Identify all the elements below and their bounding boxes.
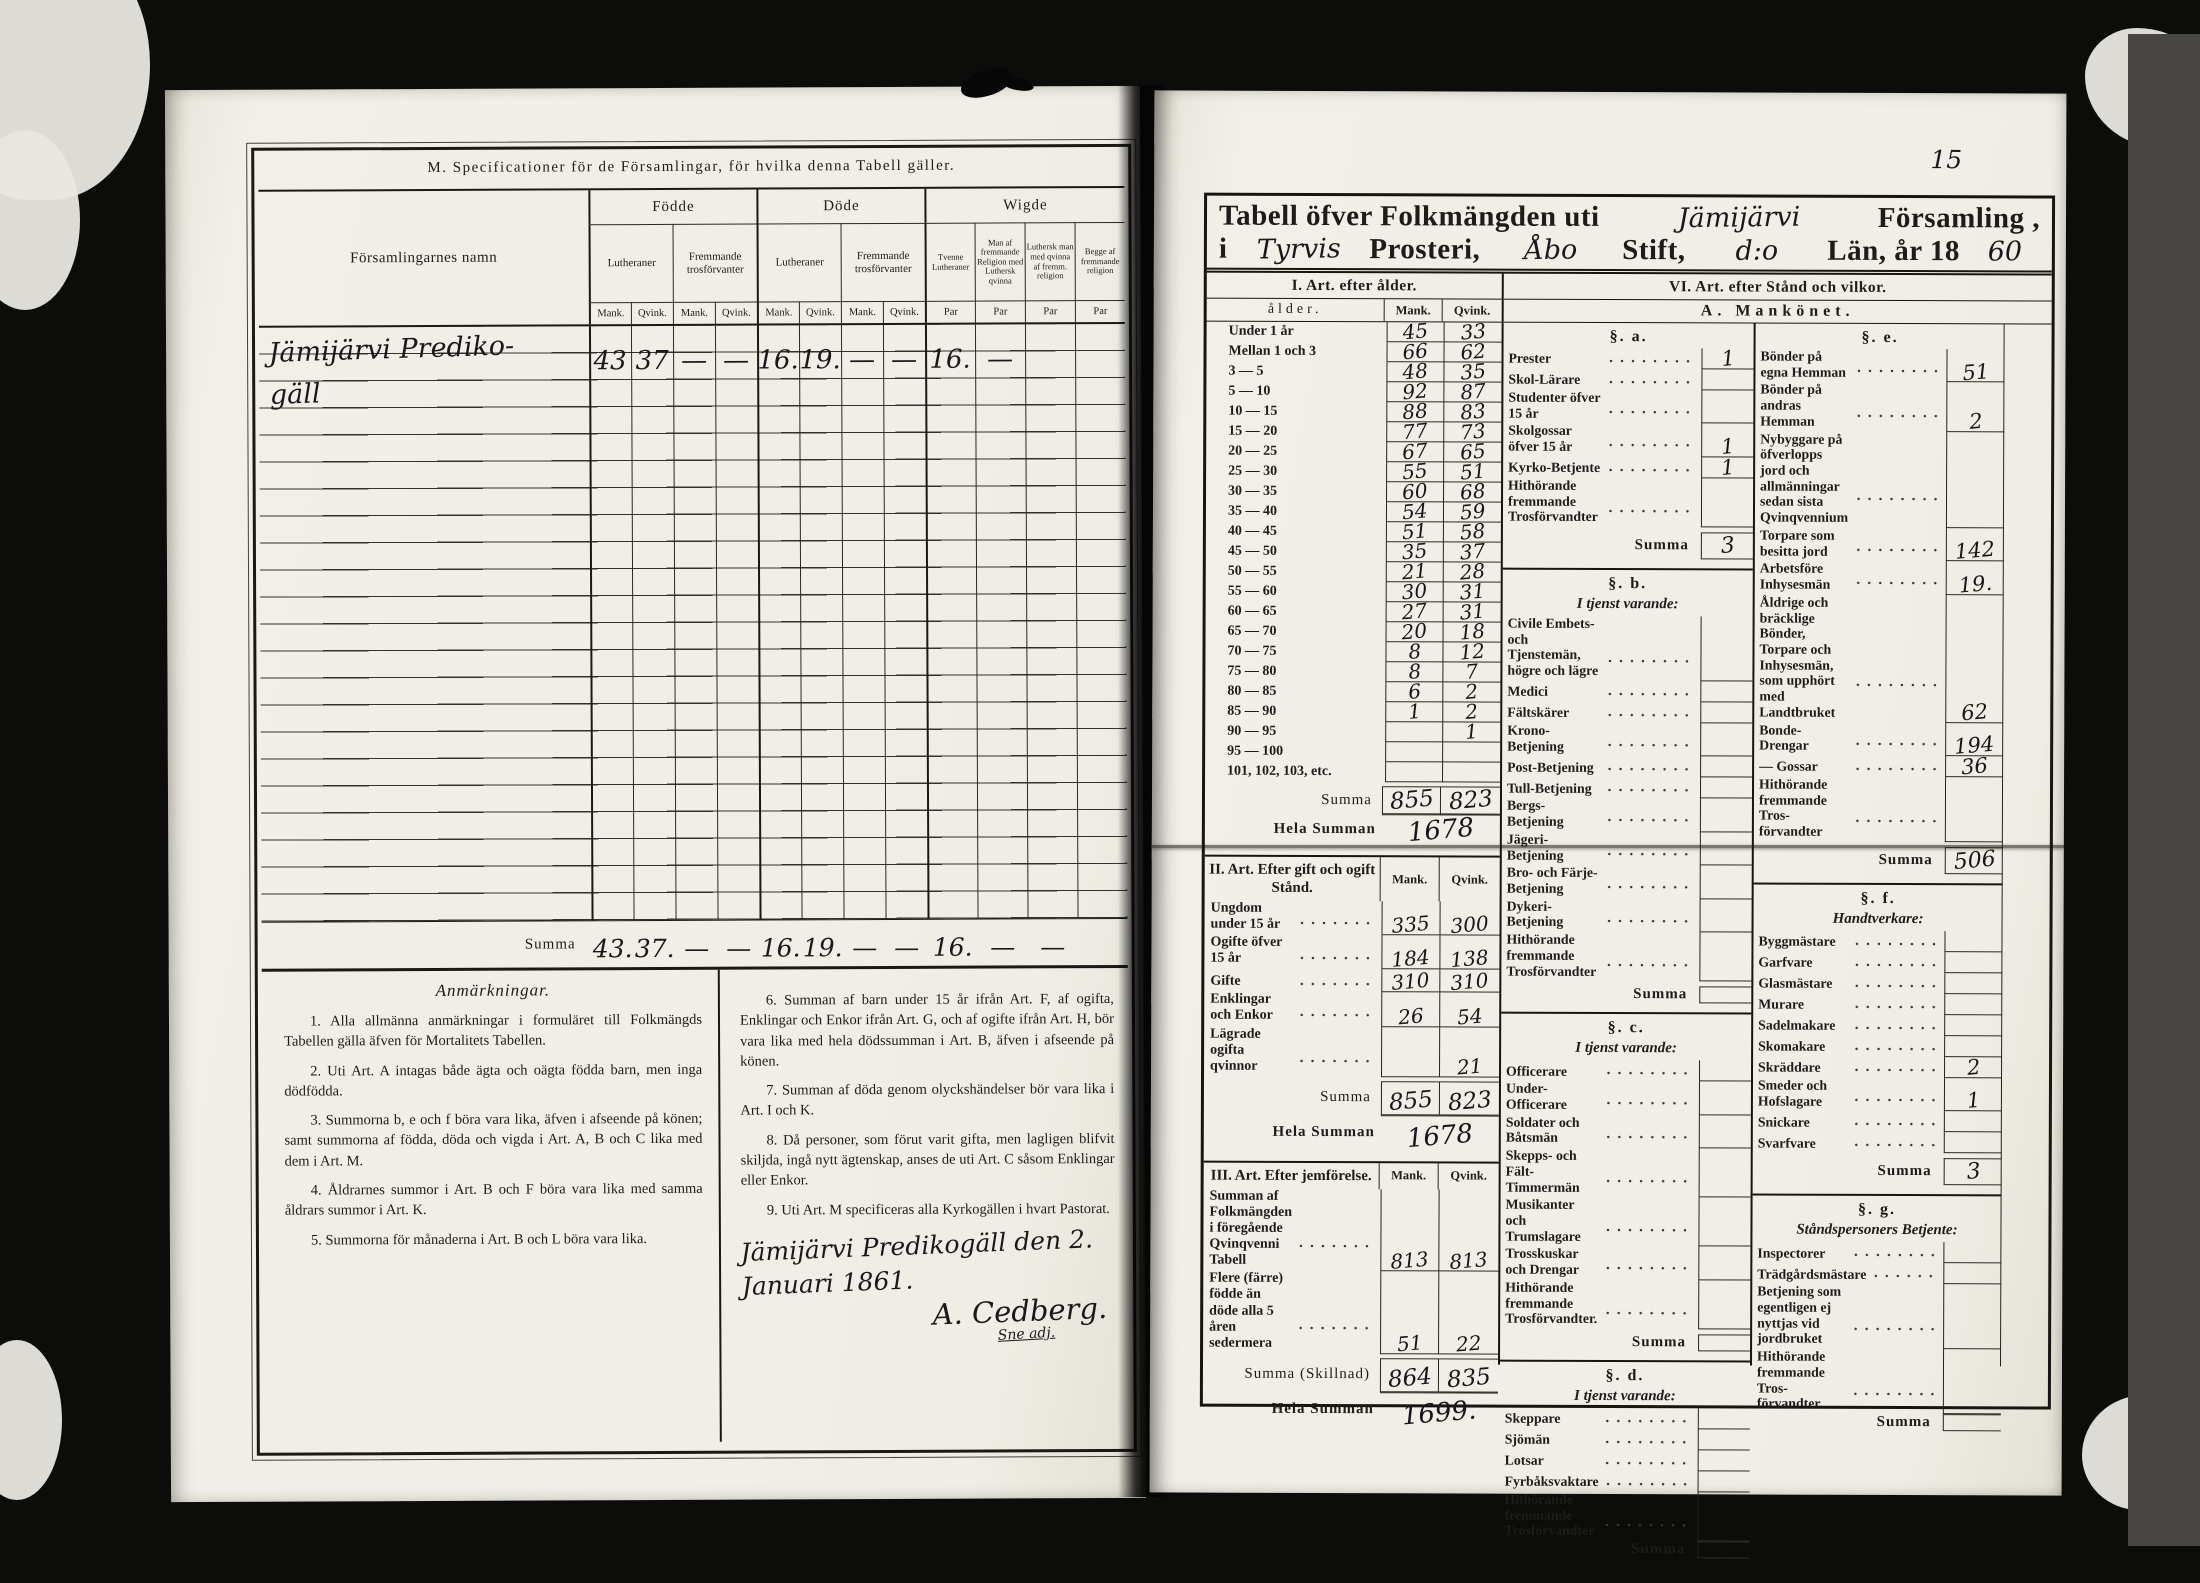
mank-cell: 855 bbox=[1382, 786, 1440, 814]
age-label: 55 — 60 bbox=[1206, 582, 1378, 603]
value-cell bbox=[1700, 866, 1752, 900]
dotted-leader bbox=[1851, 994, 1940, 1015]
summa-value: 3 bbox=[1719, 533, 1735, 559]
label-text: Hithörande fremmande Tros­förvandter bbox=[1757, 1349, 1846, 1414]
art2-header: II. Art. Efter gift och ogift Stånd. Man… bbox=[1205, 857, 1500, 902]
qvink-value: 22 bbox=[1455, 1333, 1482, 1354]
rule-line bbox=[757, 326, 762, 920]
value-cell bbox=[1700, 681, 1752, 702]
label-text: Civile Embets- och Tjenstemän, högre och… bbox=[1507, 616, 1600, 681]
qvink-cell bbox=[1442, 762, 1500, 782]
value-cell: 3 bbox=[1701, 532, 1753, 559]
dotted-leader bbox=[1601, 1429, 1694, 1450]
art2-rows: Ungdom under 15 år 335 300 Ogifte öfver … bbox=[1204, 901, 1500, 1078]
value: 142 bbox=[1955, 540, 1997, 562]
label-text: Skolgossar öfver 15 år bbox=[1508, 423, 1601, 457]
label-text: Medici bbox=[1507, 684, 1548, 702]
value-cell bbox=[1701, 478, 1753, 527]
age-row: 35 — 40 54 59 bbox=[1206, 502, 1501, 523]
summa-label: Summa bbox=[1753, 1163, 1944, 1181]
label-text: Hithörande fremmande Tros­förvandter bbox=[1759, 776, 1848, 841]
note-paragraph: 2. Uti Art. A intagas både ägta och oägt… bbox=[284, 1059, 702, 1101]
label-text: Post-Betjening bbox=[1507, 759, 1594, 777]
page-number: 15 bbox=[1930, 145, 1962, 174]
spec-table-header: Församlingarnes namn Födde Döde Wigde Lu… bbox=[258, 186, 1125, 328]
age-table-header: ålder. Mank. Qvink. bbox=[1207, 299, 1504, 322]
dotted-leader bbox=[1296, 901, 1378, 935]
row-label: Civile Embets- och Tjenstemän, högre och… bbox=[1502, 616, 1600, 681]
row-label: Ungdom under 15 år bbox=[1205, 901, 1293, 935]
qvink-value: 813 bbox=[1449, 1250, 1489, 1272]
qvink-cell: 22 bbox=[1438, 1272, 1498, 1355]
estate-row: Skomakare bbox=[1753, 1035, 2002, 1057]
section-d-items: Skeppare Sjömän bbox=[1499, 1408, 1749, 1542]
summa-label: Summa bbox=[1752, 1414, 1943, 1432]
dotted-leader bbox=[1604, 756, 1697, 777]
row-label: Under-Officerare bbox=[1501, 1081, 1599, 1115]
row-label: Garfvare bbox=[1753, 951, 1847, 972]
age-row: 80 — 85 6 2 bbox=[1205, 682, 1500, 703]
value-cell bbox=[1700, 723, 1752, 757]
col-header-namn: Församlingarnes namn bbox=[258, 190, 589, 325]
value: 1 bbox=[1966, 1091, 1981, 1111]
dotted-leader bbox=[1605, 457, 1698, 478]
section-g-subheader: Ståndspersoners Betjente: bbox=[1752, 1222, 2001, 1240]
col-group-wigde: Wigde bbox=[924, 188, 1124, 223]
age-row: 20 — 25 67 65 bbox=[1206, 442, 1501, 463]
rule-line bbox=[975, 325, 979, 919]
row-label: Enklingar och Enkor bbox=[1204, 992, 1292, 1026]
mank-cell bbox=[1386, 742, 1442, 762]
value-cell bbox=[1944, 1111, 2002, 1132]
mank-cell: 51 bbox=[1380, 1272, 1438, 1355]
row-label: Arbetsföre Inhysesmän bbox=[1755, 561, 1849, 595]
col-qvink: Qvink. bbox=[1438, 1163, 1499, 1189]
estate-row: Åldrige och bräcklige Bönder, Torpare oc… bbox=[1754, 594, 2003, 723]
col-mank: Mank. bbox=[1380, 857, 1439, 901]
estate-row: Prester 1 bbox=[1503, 348, 1753, 370]
art2-row: Ungdom under 15 år 335 300 bbox=[1205, 901, 1500, 936]
value-cell bbox=[1944, 1132, 2002, 1153]
dotted-leader bbox=[1851, 1111, 1940, 1132]
left-form: M. Specificationer för de Församlingar, … bbox=[251, 144, 1137, 1456]
mank-cell: 864 bbox=[1380, 1358, 1438, 1392]
col-qvink: Qvink. bbox=[1439, 857, 1500, 901]
section-c-subheader: I tjenst varande: bbox=[1501, 1040, 1751, 1058]
value-cell bbox=[1943, 1263, 2001, 1284]
value-cell bbox=[1697, 1542, 1749, 1559]
label-text: Enklingar och Enkor bbox=[1210, 992, 1292, 1026]
qvink-value: 54 bbox=[1456, 1006, 1483, 1027]
title-printed: i bbox=[1219, 233, 1228, 266]
rule-line bbox=[1025, 324, 1029, 918]
age-label: 30 — 35 bbox=[1206, 482, 1378, 503]
estate-row: Svarfvare bbox=[1753, 1132, 2002, 1154]
book-cover-edge bbox=[2128, 34, 2200, 1546]
estate-row: Hithörande fremmande Tros­förvandter bbox=[1503, 478, 1753, 528]
age-table-rows: Under 1 år 45 33 Mellan 1 och 3 66 62 bbox=[1205, 322, 1502, 783]
label-text: Gifte bbox=[1210, 974, 1240, 992]
value-cell bbox=[1698, 1198, 1750, 1247]
dotted-leader bbox=[1850, 1349, 1939, 1414]
age-label: 40 — 45 bbox=[1206, 522, 1378, 543]
sub-lutheraner: Lutheraner bbox=[757, 223, 841, 301]
value-cell bbox=[1944, 994, 2002, 1015]
label-text: Hithörande fremmande Tros­förvandter. bbox=[1505, 1280, 1598, 1329]
value-cell: 1 bbox=[1701, 457, 1753, 478]
label-text: Nybyggare på öfverlopps jord och allmänn… bbox=[1760, 431, 1849, 528]
col-par: Par bbox=[975, 300, 1025, 322]
sub-headers: ålder. Mank. Qvink. A. Mankönet. bbox=[1207, 299, 2052, 325]
label-text: Krono-Betjening bbox=[1507, 723, 1600, 757]
dotted-leader bbox=[1852, 777, 1941, 842]
section-b-subheader: I tjenst varande: bbox=[1503, 596, 1753, 614]
value-cell bbox=[1698, 1471, 1750, 1492]
label-text: Betjening som egentligen ej nyttjas vid … bbox=[1757, 1284, 1846, 1349]
notes-list-left: 1. Alla allmänna anmärkningar i formulär… bbox=[284, 1010, 703, 1251]
table-cell-value: — bbox=[1028, 919, 1078, 965]
table-cell-value: — bbox=[886, 920, 928, 966]
dotted-leader bbox=[1296, 935, 1378, 969]
summa-mank: 864 bbox=[1386, 1363, 1432, 1393]
scan-artifact bbox=[0, 1340, 62, 1500]
table-cell-value: 19. bbox=[799, 325, 841, 377]
summa-qvink: 823 bbox=[1448, 786, 1494, 816]
label-text: Trosskuskar och Drengar bbox=[1505, 1246, 1598, 1280]
estate-row: Studenter öfver 15 år bbox=[1503, 390, 1753, 424]
estate-row: Byggmästare bbox=[1753, 930, 2002, 952]
qvink-value: 310 bbox=[1450, 971, 1490, 993]
age-label: 101, 102, 103, etc. bbox=[1205, 762, 1377, 783]
age-label: 60 — 65 bbox=[1206, 602, 1378, 623]
label-text: Fältskärer bbox=[1507, 705, 1569, 723]
row-label: Skeppare bbox=[1500, 1408, 1598, 1429]
row-label: Byggmästare bbox=[1753, 930, 1847, 951]
estate-row: Jägeri-Betjening bbox=[1502, 831, 1752, 865]
dotted-leader bbox=[1603, 777, 1696, 798]
col-par: Par bbox=[925, 301, 975, 323]
label-text: Lägrade ogifta qvinnor bbox=[1210, 1026, 1292, 1077]
row-label: Fyrbåksvaktare bbox=[1500, 1471, 1599, 1492]
row-label: Krono-Betjening bbox=[1502, 723, 1600, 757]
dotted-leader bbox=[1851, 1057, 1940, 1078]
value-cell bbox=[1698, 1334, 1750, 1351]
row-label: Hithörande fremmande Tros­förvandter bbox=[1752, 1349, 1846, 1414]
scanned-book-spread: M. Specificationer för de Församlingar, … bbox=[0, 0, 2200, 1583]
dotted-leader bbox=[1605, 423, 1698, 457]
value-cell bbox=[1946, 432, 2004, 529]
right-form: Tabell öfver Folkmängden uti Jämijärvi F… bbox=[1200, 193, 2055, 1410]
age-row: 50 — 55 21 28 bbox=[1206, 562, 1501, 583]
left-form-title: M. Specificationer för de Församlingar, … bbox=[254, 157, 1128, 178]
row-label: Dykeri-Betjening bbox=[1502, 898, 1600, 932]
rule-line bbox=[715, 326, 719, 920]
row-label: Snickare bbox=[1753, 1111, 1847, 1132]
label-text: Snickare bbox=[1758, 1114, 1810, 1132]
label-text: Skeppare bbox=[1505, 1411, 1561, 1429]
dotted-leader bbox=[1852, 722, 1941, 756]
section-f-header: §. f. bbox=[1754, 889, 2003, 908]
mank-value: 1 bbox=[1407, 702, 1421, 722]
dotted-leader bbox=[1603, 832, 1696, 866]
section-f-summa: Summa 3 bbox=[1753, 1158, 2002, 1186]
row-label: Jägeri-Betjening bbox=[1502, 831, 1600, 865]
dotted-leader bbox=[1603, 899, 1696, 933]
age-row: 10 — 15 88 83 bbox=[1206, 402, 1501, 423]
value-cell bbox=[1697, 1492, 1749, 1541]
dotted-leader bbox=[1602, 1115, 1695, 1149]
estate-row: Krono-Betjening bbox=[1502, 723, 1752, 757]
value-cell bbox=[1698, 1280, 1750, 1329]
parish-row-values: 4337——16.19.——16.— bbox=[589, 324, 1125, 378]
label-text: Skepps- och Fält-Timmermän bbox=[1506, 1148, 1599, 1197]
dotted-leader bbox=[1601, 1492, 1694, 1541]
parish-name-handwritten: Jämijärvi Prediko- gäll bbox=[268, 325, 516, 416]
qvink-cell: 300 bbox=[1440, 901, 1500, 935]
col-mank: Mank. bbox=[673, 302, 715, 324]
sub-wigde-luthersk: Luthersk man med qvinna af fremm. religi… bbox=[1025, 222, 1075, 300]
label-text: Garfvare bbox=[1758, 955, 1812, 973]
row-label: Inspectorer bbox=[1752, 1242, 1846, 1263]
art2-hela-row: Hela Summan 1678 bbox=[1204, 1114, 1499, 1151]
stift-handwritten: Åbo bbox=[1490, 234, 1612, 267]
estate-row: Dykeri-Betjening bbox=[1502, 898, 1752, 932]
qvink-value: 300 bbox=[1450, 914, 1490, 936]
estate-row: Bergs-Betjening bbox=[1502, 798, 1752, 832]
row-label: Officerare bbox=[1501, 1060, 1599, 1081]
row-label: Ogifte öfver 15 år bbox=[1204, 935, 1292, 969]
value-cell: 51 bbox=[1946, 349, 2004, 383]
estate-row: — Gossar 36 bbox=[1754, 755, 2003, 777]
table-cell-value: 16. bbox=[925, 325, 975, 377]
value-cell bbox=[1700, 799, 1752, 833]
age-row: 95 — 100 bbox=[1205, 742, 1500, 763]
row-label: Trosskuskar och Drengar bbox=[1500, 1246, 1598, 1280]
section-divider bbox=[1500, 1360, 1750, 1363]
row-label: Torpare som besitta jord bbox=[1755, 527, 1849, 561]
col-qvink: Qvink. bbox=[799, 301, 841, 323]
note-paragraph: 1. Alla allmänna anmärkningar i formulär… bbox=[284, 1010, 702, 1052]
age-label: 80 — 85 bbox=[1205, 682, 1377, 703]
estate-row: Medici bbox=[1502, 681, 1752, 703]
estate-row: Skeppare bbox=[1500, 1408, 1750, 1430]
dotted-leader bbox=[1851, 1015, 1940, 1036]
value: 62 bbox=[1961, 702, 1989, 723]
estate-row: Skepps- och Fält-Timmermän bbox=[1501, 1148, 1751, 1198]
section-e-header: §. e. bbox=[1756, 329, 2005, 348]
age-label: 95 — 100 bbox=[1205, 742, 1377, 763]
col-mank: Mank. bbox=[841, 301, 883, 323]
summa-label: Summa bbox=[1499, 1541, 1697, 1559]
notes-list-right: 6. Summan af barn under 15 år ifrån Art.… bbox=[740, 989, 1115, 1221]
dotted-leader bbox=[1296, 992, 1378, 1026]
qvink-cell: 21 bbox=[1439, 1027, 1499, 1077]
mank-cell bbox=[1381, 1027, 1439, 1077]
section-b-items: Civile Embets- och Tjenstemän, högre och… bbox=[1501, 616, 1752, 982]
dotted-leader bbox=[1602, 1197, 1695, 1246]
parish-name-line2: gäll bbox=[269, 367, 516, 416]
qvink-cell: 823 bbox=[1440, 786, 1500, 814]
summa-value: 3 bbox=[1965, 1159, 1981, 1185]
value-cell bbox=[1701, 390, 1753, 424]
row-label: Sjömän bbox=[1500, 1429, 1598, 1450]
note-paragraph: 8. Då personer, som förut varit gifta, m… bbox=[740, 1129, 1114, 1192]
dotted-leader bbox=[1853, 561, 1942, 595]
table-cell-value: 37. bbox=[634, 921, 676, 967]
signature-block: Jämijärvi Predikogäll den 2. Januari 186… bbox=[741, 1228, 1116, 1349]
dotted-leader bbox=[1603, 865, 1696, 899]
dotted-leader bbox=[1853, 349, 1942, 383]
hela-label: Hela Summan bbox=[1205, 821, 1382, 839]
mank-cell: 813 bbox=[1380, 1189, 1438, 1272]
age-label: 20 — 25 bbox=[1206, 442, 1378, 463]
value-cell bbox=[1699, 1082, 1751, 1116]
value-cell: 62 bbox=[1945, 595, 2003, 723]
mank-cell: 310 bbox=[1381, 970, 1439, 993]
qvink-value: 138 bbox=[1450, 948, 1490, 970]
value-cell: 19. bbox=[1946, 562, 2004, 596]
value-cell bbox=[1943, 1242, 2001, 1263]
label-text: Bönder på andras Hemman bbox=[1760, 382, 1849, 431]
qvink-cell: 54 bbox=[1439, 993, 1499, 1027]
row-label: Betjening som egentligen ej nyttjas vid … bbox=[1752, 1284, 1846, 1349]
estate-row: Inspectorer bbox=[1752, 1242, 2001, 1264]
art2-block: II. Art. Efter gift och ogift Stånd. Man… bbox=[1204, 855, 1500, 1152]
value: 1 bbox=[1720, 458, 1735, 478]
hela-cell: 1678 bbox=[1382, 814, 1500, 845]
age-label: Under 1 år bbox=[1207, 322, 1379, 343]
row-label: Sadelmakare bbox=[1753, 1014, 1847, 1035]
estate-row: Bonde-Drengar 194 bbox=[1754, 722, 2003, 756]
row-label: Tull-Betjening bbox=[1502, 777, 1600, 798]
row-label: Skomakare bbox=[1753, 1035, 1847, 1056]
label-text: Hithörande fremmande Tros­förvandter bbox=[1508, 478, 1601, 527]
value: 1 bbox=[1720, 437, 1735, 457]
rule-line bbox=[925, 325, 930, 919]
summa-label: Summa bbox=[1754, 851, 1945, 869]
estate-row: Murare bbox=[1753, 993, 2002, 1015]
note-paragraph: 3. Summorna b, e och f böra vara lika, ä… bbox=[284, 1109, 702, 1172]
qvink-cell bbox=[1442, 742, 1500, 762]
mank-value: 335 bbox=[1391, 914, 1431, 936]
age-row: 65 — 70 20 18 bbox=[1206, 622, 1501, 643]
estate-row: Garfvare bbox=[1753, 951, 2002, 973]
summa-label: Summa bbox=[1503, 537, 1701, 555]
dotted-leader bbox=[1852, 756, 1941, 777]
table-cell-value: — bbox=[841, 325, 883, 377]
sub-lutheraner: Lutheraner bbox=[589, 224, 673, 302]
label-text: Studenter öfver 15 år bbox=[1508, 390, 1601, 424]
estate-row: Smeder och Hofslagare 1 bbox=[1753, 1077, 2002, 1111]
col-qvink: Qvink. bbox=[631, 302, 673, 324]
title-printed: Stift, bbox=[1622, 234, 1686, 267]
value-cell bbox=[1699, 932, 1751, 981]
table-cell-value: 43 bbox=[589, 326, 631, 378]
estate-row: Hithörande fremmande Tros­förvandter bbox=[1752, 1349, 2001, 1415]
table-cell-value: — bbox=[844, 920, 886, 966]
label-text: Lotsar bbox=[1505, 1453, 1544, 1471]
art3-rows: Summan af Folkmängden i föregående Qvinq… bbox=[1203, 1188, 1499, 1354]
age-label: 65 — 70 bbox=[1206, 622, 1378, 643]
spec-table-body: Jämijärvi Prediko- gäll 4337——16.19.——16… bbox=[259, 324, 1128, 923]
section-divider bbox=[1754, 882, 2003, 885]
dotted-leader bbox=[1850, 1284, 1939, 1349]
estate-row: Betjening som egentligen ej nyttjas vid … bbox=[1752, 1284, 2001, 1350]
value-cell bbox=[1700, 899, 1752, 933]
value-cell: 2 bbox=[1944, 1057, 2002, 1078]
section-a-header: §. a. bbox=[1504, 328, 1754, 347]
year-handwritten: 60 bbox=[1970, 236, 2040, 268]
row-label: Glasmästare bbox=[1753, 972, 1847, 993]
mank-value: 184 bbox=[1391, 948, 1431, 970]
row-label: Kyrko-Betjente bbox=[1503, 457, 1601, 478]
summa-qvink: 835 bbox=[1445, 1364, 1491, 1394]
row-label: Bönder på egna Hemman bbox=[1755, 349, 1849, 383]
label-text: Summan af Folkmängden i föregående Qvinq… bbox=[1209, 1188, 1292, 1271]
row-label: Skol-Lärare bbox=[1503, 369, 1601, 390]
age-label: 70 — 75 bbox=[1205, 642, 1377, 663]
estate-row: Snickare bbox=[1753, 1111, 2002, 1133]
art3-title: III. Art. Efter jemförelse. bbox=[1204, 1162, 1379, 1189]
left-page: M. Specificationer för de Församlingar, … bbox=[165, 86, 1146, 1502]
mank-cell: 1 bbox=[1386, 702, 1442, 722]
dotted-leader bbox=[1296, 1026, 1378, 1077]
value-cell bbox=[1943, 1284, 2001, 1349]
row-label: Summan af Folkmängden i föregående Qvinq… bbox=[1203, 1188, 1292, 1271]
label-text: Bergs-Betjening bbox=[1507, 798, 1600, 832]
label-text: Hithörande fremmande Tros­förvandter bbox=[1504, 1492, 1597, 1541]
age-row: Mellan 1 och 3 66 62 bbox=[1207, 342, 1502, 363]
estate-row: Tull-Betjening bbox=[1502, 777, 1752, 799]
col-group-dode: Döde bbox=[756, 189, 924, 224]
estate-row: Glasmästare bbox=[1753, 972, 2002, 994]
row-label: Post-Betjening bbox=[1502, 756, 1600, 777]
dotted-leader bbox=[1851, 1078, 1940, 1112]
age-row: 60 — 65 27 31 bbox=[1206, 602, 1501, 623]
dotted-leader bbox=[1605, 369, 1698, 390]
estate-row: Soldater och Båtsmän bbox=[1501, 1114, 1751, 1148]
hela-value: 1699. bbox=[1400, 1395, 1477, 1431]
table-cell-value: 19. bbox=[802, 920, 844, 966]
summa-qvink: 823 bbox=[1446, 1087, 1492, 1117]
note-paragraph: 5. Summorna för månaderna i Art. B och L… bbox=[285, 1228, 703, 1250]
estate-row: Nybyggare på öfverlopps jord och allmänn… bbox=[1755, 431, 2004, 528]
value-cell bbox=[1700, 832, 1752, 866]
note-paragraph: 9. Uti Art. M specificeras alla Kyrkogäl… bbox=[741, 1199, 1115, 1221]
dotted-leader bbox=[1603, 1471, 1694, 1492]
summa-label: Summa bbox=[1501, 986, 1699, 1004]
dotted-leader bbox=[1602, 1246, 1695, 1280]
summa-label: Summa bbox=[1204, 1089, 1381, 1107]
estate-row: Musikanter och Trumslagare bbox=[1500, 1197, 1750, 1247]
row-label: Hithörande fremmande Tros­förvandter bbox=[1503, 478, 1601, 527]
dotted-leader bbox=[1602, 1060, 1695, 1081]
label-text: Trädgårdsmästare bbox=[1757, 1266, 1866, 1284]
table-cell-value: — bbox=[718, 921, 760, 967]
value-cell: 142 bbox=[1946, 528, 2004, 562]
label-text: Tull-Betjening bbox=[1507, 780, 1592, 798]
rule-line bbox=[589, 326, 594, 920]
value-cell bbox=[1698, 1408, 1750, 1429]
dotted-leader bbox=[1604, 681, 1697, 702]
dotted-leader bbox=[1603, 798, 1696, 832]
value: 2 bbox=[1968, 411, 1983, 431]
estate-row: Sjömän bbox=[1500, 1429, 1750, 1451]
note-paragraph: 4. Åldrarnes summor i Art. B och F böra … bbox=[285, 1179, 703, 1221]
header-art1: I. Art. efter ålder. bbox=[1207, 273, 1504, 299]
row-label: Lägrade ogifta qvinnor bbox=[1204, 1026, 1292, 1077]
label-text: Byggmästare bbox=[1758, 934, 1835, 952]
